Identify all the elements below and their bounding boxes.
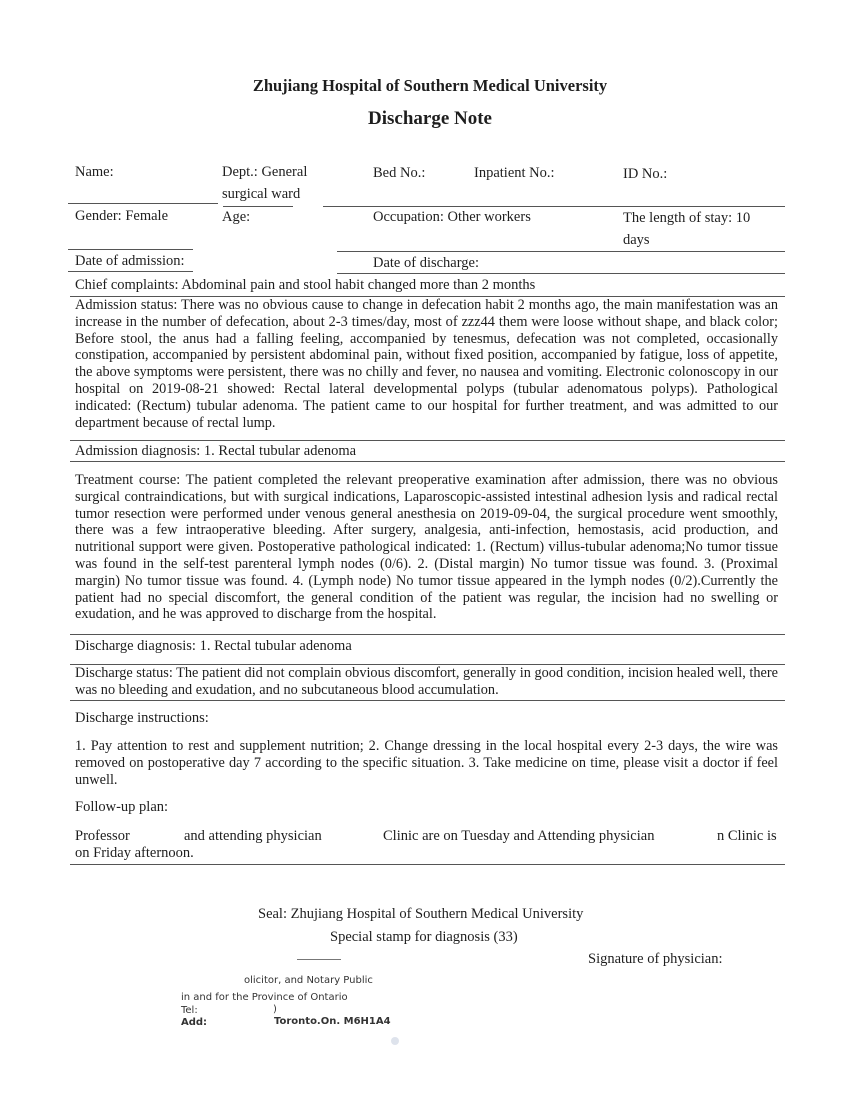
- discharge-diagnosis: Discharge diagnosis: 1. Rectal tubular a…: [75, 637, 780, 655]
- divider: [68, 203, 218, 204]
- seal-underline: [297, 959, 341, 960]
- age-field: Age:: [222, 206, 250, 228]
- discharge-instructions: 1. Pay attention to rest and supplement …: [75, 738, 778, 788]
- physician-signature-label: Signature of physician:: [588, 950, 723, 968]
- discharge-instructions-label: Discharge instructions:: [75, 709, 209, 727]
- divider: [337, 273, 785, 274]
- hospital-name: Zhujiang Hospital of Southern Medical Un…: [0, 76, 860, 96]
- admission-status: Admission status: There was no obvious c…: [75, 297, 778, 431]
- followup-professor: Professor: [75, 827, 130, 845]
- notary-tel-label: Tel:: [181, 1005, 198, 1017]
- length-of-stay-line-1: The length of stay: 10: [623, 207, 750, 229]
- treatment-course: Treatment course: The patient completed …: [75, 472, 778, 623]
- notary-add-label: Add:: [181, 1017, 207, 1028]
- followup-tuesday-clinic: Clinic are on Tuesday and Attending phys…: [383, 827, 654, 845]
- discharge-date-field: Date of discharge:: [373, 252, 479, 274]
- discharge-status: Discharge status: The patient did not co…: [75, 665, 778, 699]
- id-number-field: ID No.:: [623, 163, 667, 185]
- document-title: Discharge Note: [0, 108, 860, 130]
- divider: [68, 271, 193, 272]
- notary-tel-value: ): [273, 1004, 277, 1016]
- divider: [70, 440, 785, 441]
- patient-name-field: Name:: [75, 161, 114, 183]
- admission-date-field: Date of admission:: [75, 250, 185, 272]
- length-of-stay-line-2: days: [623, 229, 750, 251]
- divider: [70, 864, 785, 865]
- notary-line-1: olicitor, and Notary Public: [244, 975, 373, 987]
- length-of-stay-field: The length of stay: 10 days: [623, 207, 750, 251]
- notary-line-2: in and for the Province of Ontario: [181, 992, 348, 1004]
- followup-clinic-is: n Clinic is: [717, 827, 777, 845]
- seal-text: Seal: Zhujiang Hospital of Southern Medi…: [258, 905, 583, 923]
- department-field: Dept.: General surgical ward: [222, 161, 307, 205]
- occupation-field: Occupation: Other workers: [373, 206, 531, 228]
- followup-attending: and attending physician: [184, 827, 322, 845]
- admission-diagnosis: Admission diagnosis: 1. Rectal tubular a…: [75, 442, 780, 460]
- divider: [70, 634, 785, 635]
- divider: [70, 700, 785, 701]
- divider: [70, 461, 785, 462]
- ink-smudge: [391, 1037, 399, 1045]
- inpatient-number-field: Inpatient No.:: [474, 162, 555, 184]
- bed-number-field: Bed No.:: [373, 162, 425, 184]
- chief-complaints: Chief complaints: Abdominal pain and sto…: [75, 276, 780, 294]
- stamp-note: Special stamp for diagnosis (33): [330, 928, 518, 946]
- department-line-2: surgical ward: [222, 183, 307, 205]
- notary-address: Toronto.On. M6H1A4: [274, 1016, 391, 1027]
- gender-field: Gender: Female: [75, 205, 168, 227]
- department-line-1: Dept.: General: [222, 161, 307, 183]
- followup-friday: on Friday afternoon.: [75, 844, 194, 862]
- followup-label: Follow-up plan:: [75, 798, 168, 816]
